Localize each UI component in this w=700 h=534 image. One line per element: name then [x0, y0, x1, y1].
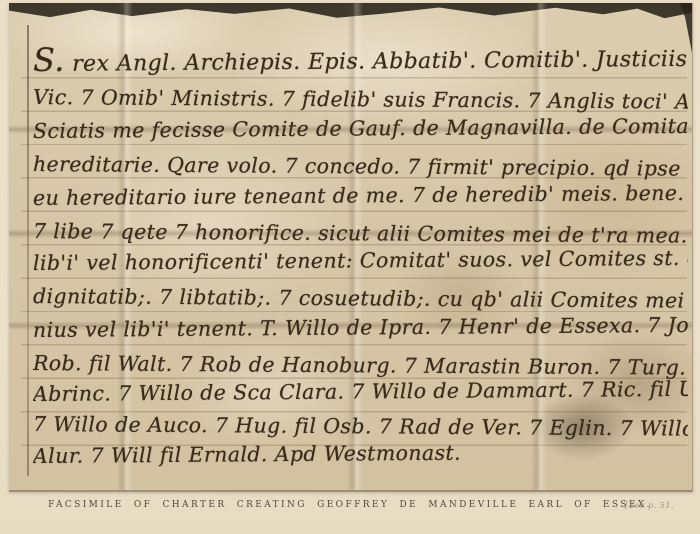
- manuscript-line: lib'i' vel honorificenti' tenent: Comita…: [33, 241, 688, 280]
- manuscript-line: S. rex Angl. Archiepis. Epis. Abbatib'. …: [33, 38, 688, 77]
- manuscript-line: eu hereditario iure teneant de me. 7 de …: [33, 176, 688, 215]
- manuscript-line: nius vel lib'i' tenent. T. Willo de Ipra…: [33, 308, 688, 347]
- manuscript-line: Alur. 7 Will fil Ernald. Apd Westmonast.: [33, 434, 688, 473]
- manuscript-line: Abrinc. 7 Willo de Sca Clara. 7 Willo de…: [33, 372, 688, 411]
- manuscript-text: S. rex Angl. Archiepis. Epis. Abbatib'. …: [9, 3, 692, 490]
- page-reference-note: [See p. 51.: [625, 501, 674, 510]
- charter-facsimile-photo: S. rex Angl. Archiepis. Epis. Abbatib'. …: [9, 3, 693, 492]
- manuscript-line: Sciatis me fecisse Comite de Gauf. de Ma…: [33, 109, 688, 148]
- caption-row: FACSIMILE OF CHARTER CREATING GEOFFREY D…: [0, 500, 700, 518]
- book-page: S. rex Angl. Archiepis. Epis. Abbatib'. …: [0, 0, 700, 534]
- plate-caption: FACSIMILE OF CHARTER CREATING GEOFFREY D…: [0, 500, 700, 510]
